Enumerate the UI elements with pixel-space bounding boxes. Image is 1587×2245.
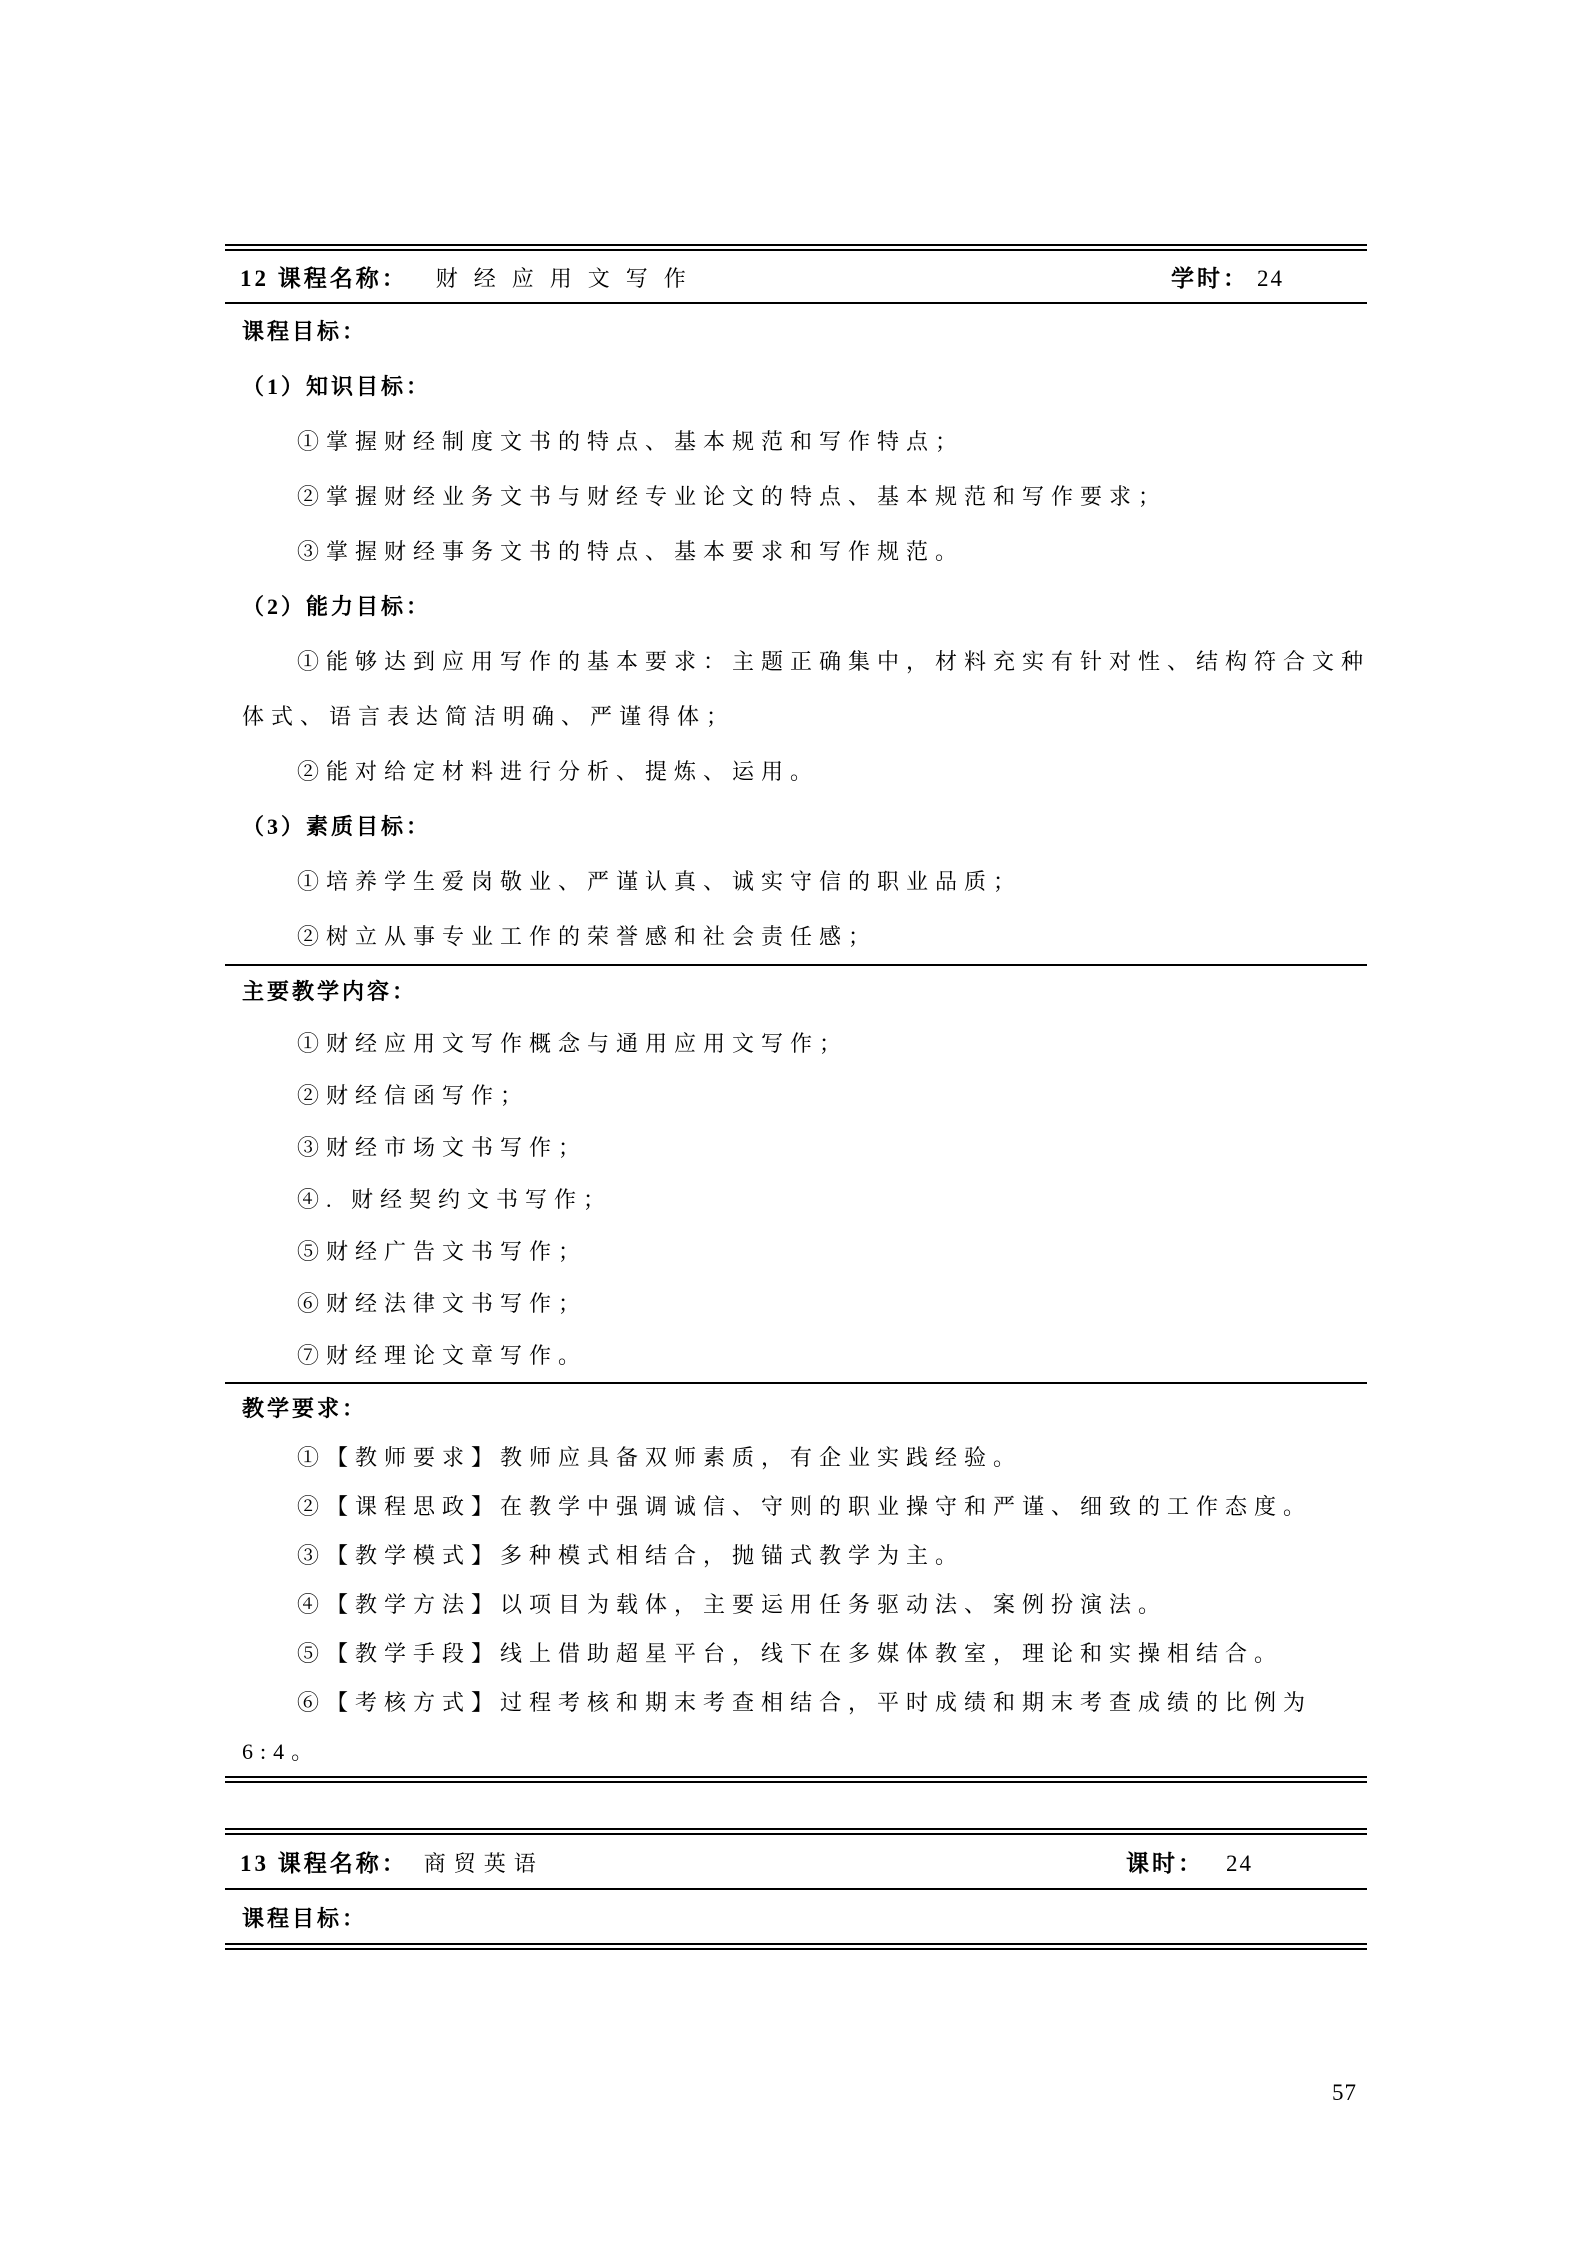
content-lines: ①财经应用文写作概念与通用应用文写作；②财经信函写作；③财经市场文书写作；④. … (242, 1018, 1365, 1382)
content-line: ⑥财经法律文书写作； (242, 1278, 1365, 1330)
course13-top-rule (225, 1828, 1367, 1835)
course13-number-label: 13 课程名称： (240, 1851, 408, 1876)
content-line: 体式、语言表达简洁明确、严谨得体； (242, 689, 1365, 744)
content-line: ②能对给定材料进行分析、提炼、运用。 (242, 744, 1365, 799)
course12-objectives-section: 课程目标： （1）知识目标：①掌握财经制度文书的特点、基本规范和写作特点；②掌握… (225, 304, 1367, 964)
content-line: （2）能力目标： (242, 579, 1365, 634)
content-line: ③【教学模式】多种模式相结合，抛锚式教学为主。 (242, 1531, 1365, 1580)
course13-hours-value: 24 (1226, 1851, 1253, 1876)
course12-header-row: 12 课程名称：财经应用文写作 学时：24 (225, 251, 1367, 302)
course12-hours-group: 学时：24 (1171, 260, 1284, 293)
course12-content-section: 主要教学内容： ①财经应用文写作概念与通用应用文写作；②财经信函写作；③财经市场… (225, 966, 1367, 1382)
content-line: ⑤【教学手段】线上借助超星平台，线下在多媒体教室，理论和实操相结合。 (242, 1629, 1365, 1678)
content-line: ④. 财经契约文书写作； (242, 1174, 1365, 1226)
course13-name: 商贸英语 (424, 1851, 544, 1876)
course12-hours-value: 24 (1257, 266, 1284, 291)
content-line: ③掌握财经事务文书的特点、基本要求和写作规范。 (242, 524, 1365, 579)
content-line: ①培养学生爱岗敬业、严谨认真、诚实守信的职业品质； (242, 854, 1365, 909)
content-line: ⑤财经广告文书写作； (242, 1226, 1365, 1278)
content-line: ④【教学方法】以项目为载体，主要运用任务驱动法、案例扮演法。 (242, 1580, 1365, 1629)
document-page: 12 课程名称：财经应用文写作 学时：24 课程目标： （1）知识目标：①掌握财… (0, 0, 1587, 2245)
content-line: ⑥【考核方式】过程考核和期末考查相结合，平时成绩和期末考查成绩的比例为 (242, 1678, 1365, 1727)
content-line: ③财经市场文书写作； (242, 1122, 1365, 1174)
course12-hours-label: 学时： (1171, 266, 1249, 291)
content-line: ②树立从事专业工作的荣誉感和社会责任感； (242, 909, 1365, 964)
course12-bottom-rule (225, 1776, 1367, 1783)
course12-number-label: 12 课程名称： (240, 266, 408, 291)
course13-header-row: 13 课程名称：商贸英语 课时：24 (225, 1835, 1367, 1888)
page-number: 57 (1332, 2080, 1357, 2106)
course12-top-rule (225, 244, 1367, 251)
content-line: ②掌握财经业务文书与财经专业论文的特点、基本规范和写作要求； (242, 469, 1365, 524)
content-line: ⑦财经理论文章写作。 (242, 1330, 1365, 1382)
content-line: ②【课程思政】在教学中强调诚信、守则的职业操守和严谨、细致的工作态度。 (242, 1482, 1365, 1531)
requirements-lines: ①【教师要求】教师应具备双师素质，有企业实践经验。②【课程思政】在教学中强调诚信… (242, 1433, 1365, 1776)
table-gap (225, 1783, 1367, 1828)
content-line: ①【教师要求】教师应具备双师素质，有企业实践经验。 (242, 1433, 1365, 1482)
content-line: ①掌握财经制度文书的特点、基本规范和写作特点； (242, 414, 1365, 469)
requirements-section-title: 教学要求： (242, 1384, 1365, 1433)
content-line: ②财经信函写作； (242, 1070, 1365, 1122)
content-line: ①财经应用文写作概念与通用应用文写作； (242, 1018, 1365, 1070)
content-line: 6:4。 (242, 1727, 1365, 1776)
syllabus-document: 12 课程名称：财经应用文写作 学时：24 课程目标： （1）知识目标：①掌握财… (225, 244, 1367, 1950)
content-section-title: 主要教学内容： (242, 966, 1365, 1018)
course13-hours-group: 课时：24 (1126, 1845, 1253, 1878)
course12-name: 财经应用文写作 (436, 266, 702, 291)
content-line: ①能够达到应用写作的基本要求：主题正确集中，材料充实有针对性、结构符合文种 (242, 634, 1365, 689)
course13-objectives-section: 课程目标： (225, 1890, 1367, 1943)
course13-hours-label: 课时： (1126, 1851, 1204, 1876)
course12-title-group: 12 课程名称：财经应用文写作 (240, 260, 702, 293)
content-line: （3）素质目标： (242, 799, 1365, 854)
objectives-lines: （1）知识目标：①掌握财经制度文书的特点、基本规范和写作特点；②掌握财经业务文书… (242, 359, 1365, 964)
course13-objectives-title: 课程目标： (242, 1895, 1365, 1943)
content-line: （1）知识目标： (242, 359, 1365, 414)
course13-title-group: 13 课程名称：商贸英语 (240, 1845, 544, 1878)
objectives-section-title: 课程目标： (242, 304, 1365, 359)
course12-requirements-section: 教学要求： ①【教师要求】教师应具备双师素质，有企业实践经验。②【课程思政】在教… (225, 1384, 1367, 1776)
course13-cut-rule (225, 1943, 1367, 1950)
